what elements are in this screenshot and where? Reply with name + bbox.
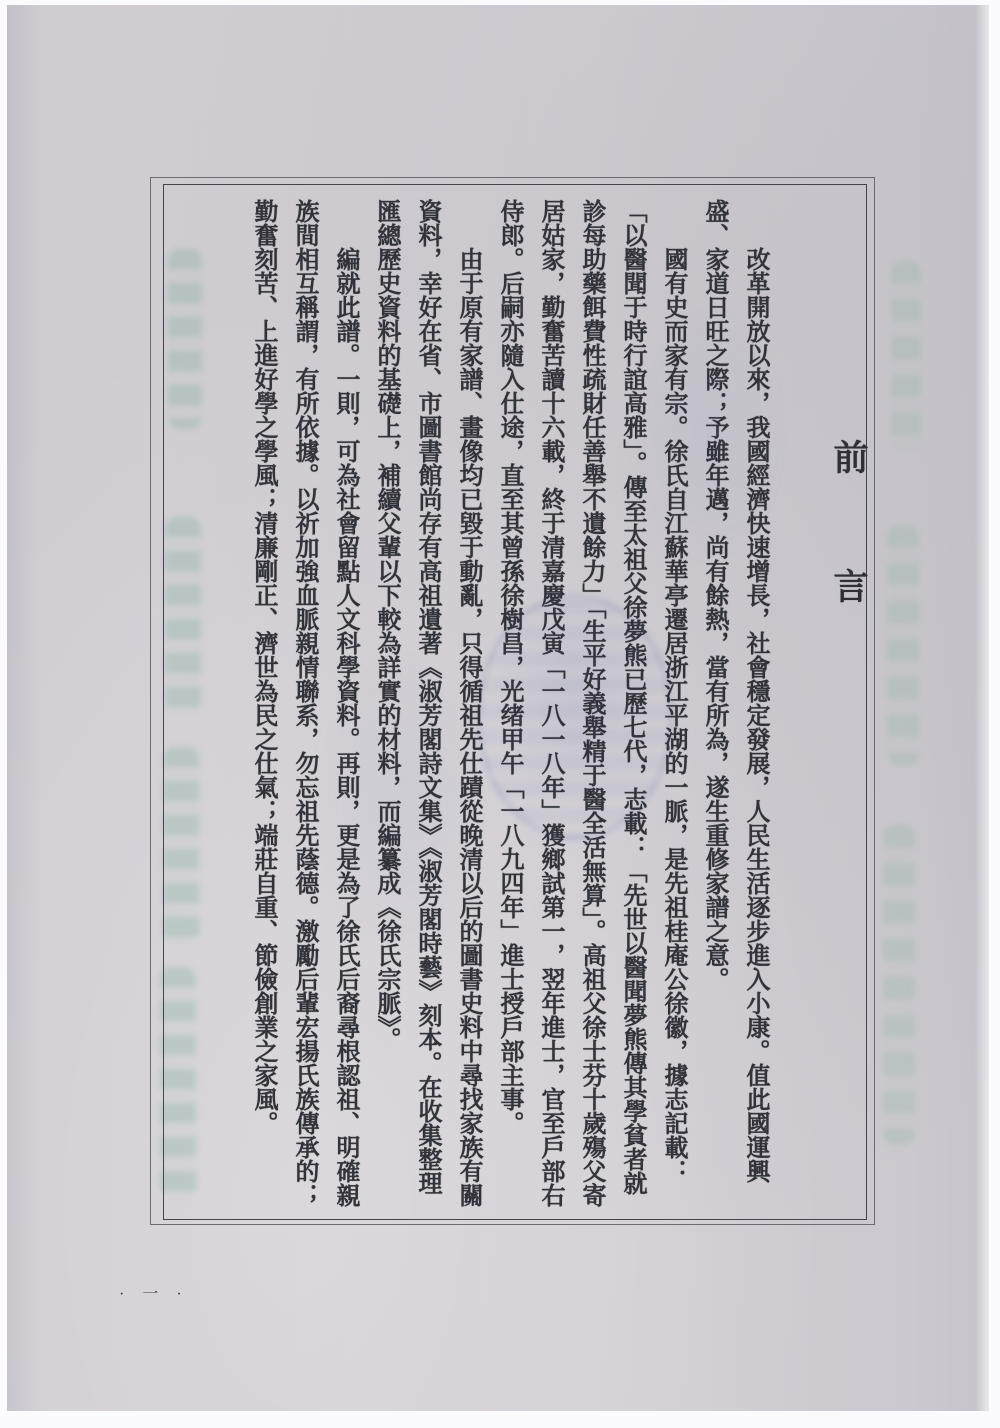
paragraph-3: 由于原有家譜、畫像均已毀于動亂，只得循祖先仕蹟從晚清以后的圖書史料中尋找家族有關… — [365, 199, 488, 1207]
scanned-page: 前言 改革開放以來，我國經濟快速增長，社會穩定發展，人民生活逐步進入小康。值此國… — [7, 5, 989, 1411]
bleed-through-artifact — [883, 825, 915, 1145]
scan-background: 前言 改革開放以來，我國經濟快速增長，社會穩定發展，人民生活逐步進入小康。值此國… — [0, 0, 1000, 1428]
paragraph-4: 編就此譜。一則，可為社會留點人文科學資料。再則，更是為了徐氏后裔尋根認祖、明確親… — [242, 199, 365, 1207]
page-title: 前言 — [823, 439, 873, 697]
paragraph-1: 改革開放以來，我國經濟快速增長，社會穩定發展，人民生活逐步進入小康。值此國運興盛… — [693, 199, 775, 1207]
page-number: · 一 · — [119, 1281, 189, 1304]
bleed-through-artifact — [887, 525, 919, 765]
body-text: 改革開放以來，我國經濟快速增長，社會穩定發展，人民生活逐步進入小康。值此國運興盛… — [207, 199, 775, 1207]
paragraph-2: 國有史而家有宗。徐氏自江蘇華亭遷居浙江平湖的一脈，是先祖桂庵公徐徽，據志記載：「… — [488, 199, 693, 1207]
bleed-through-artifact — [891, 261, 921, 451]
page-edge-highlight — [975, 5, 989, 1411]
